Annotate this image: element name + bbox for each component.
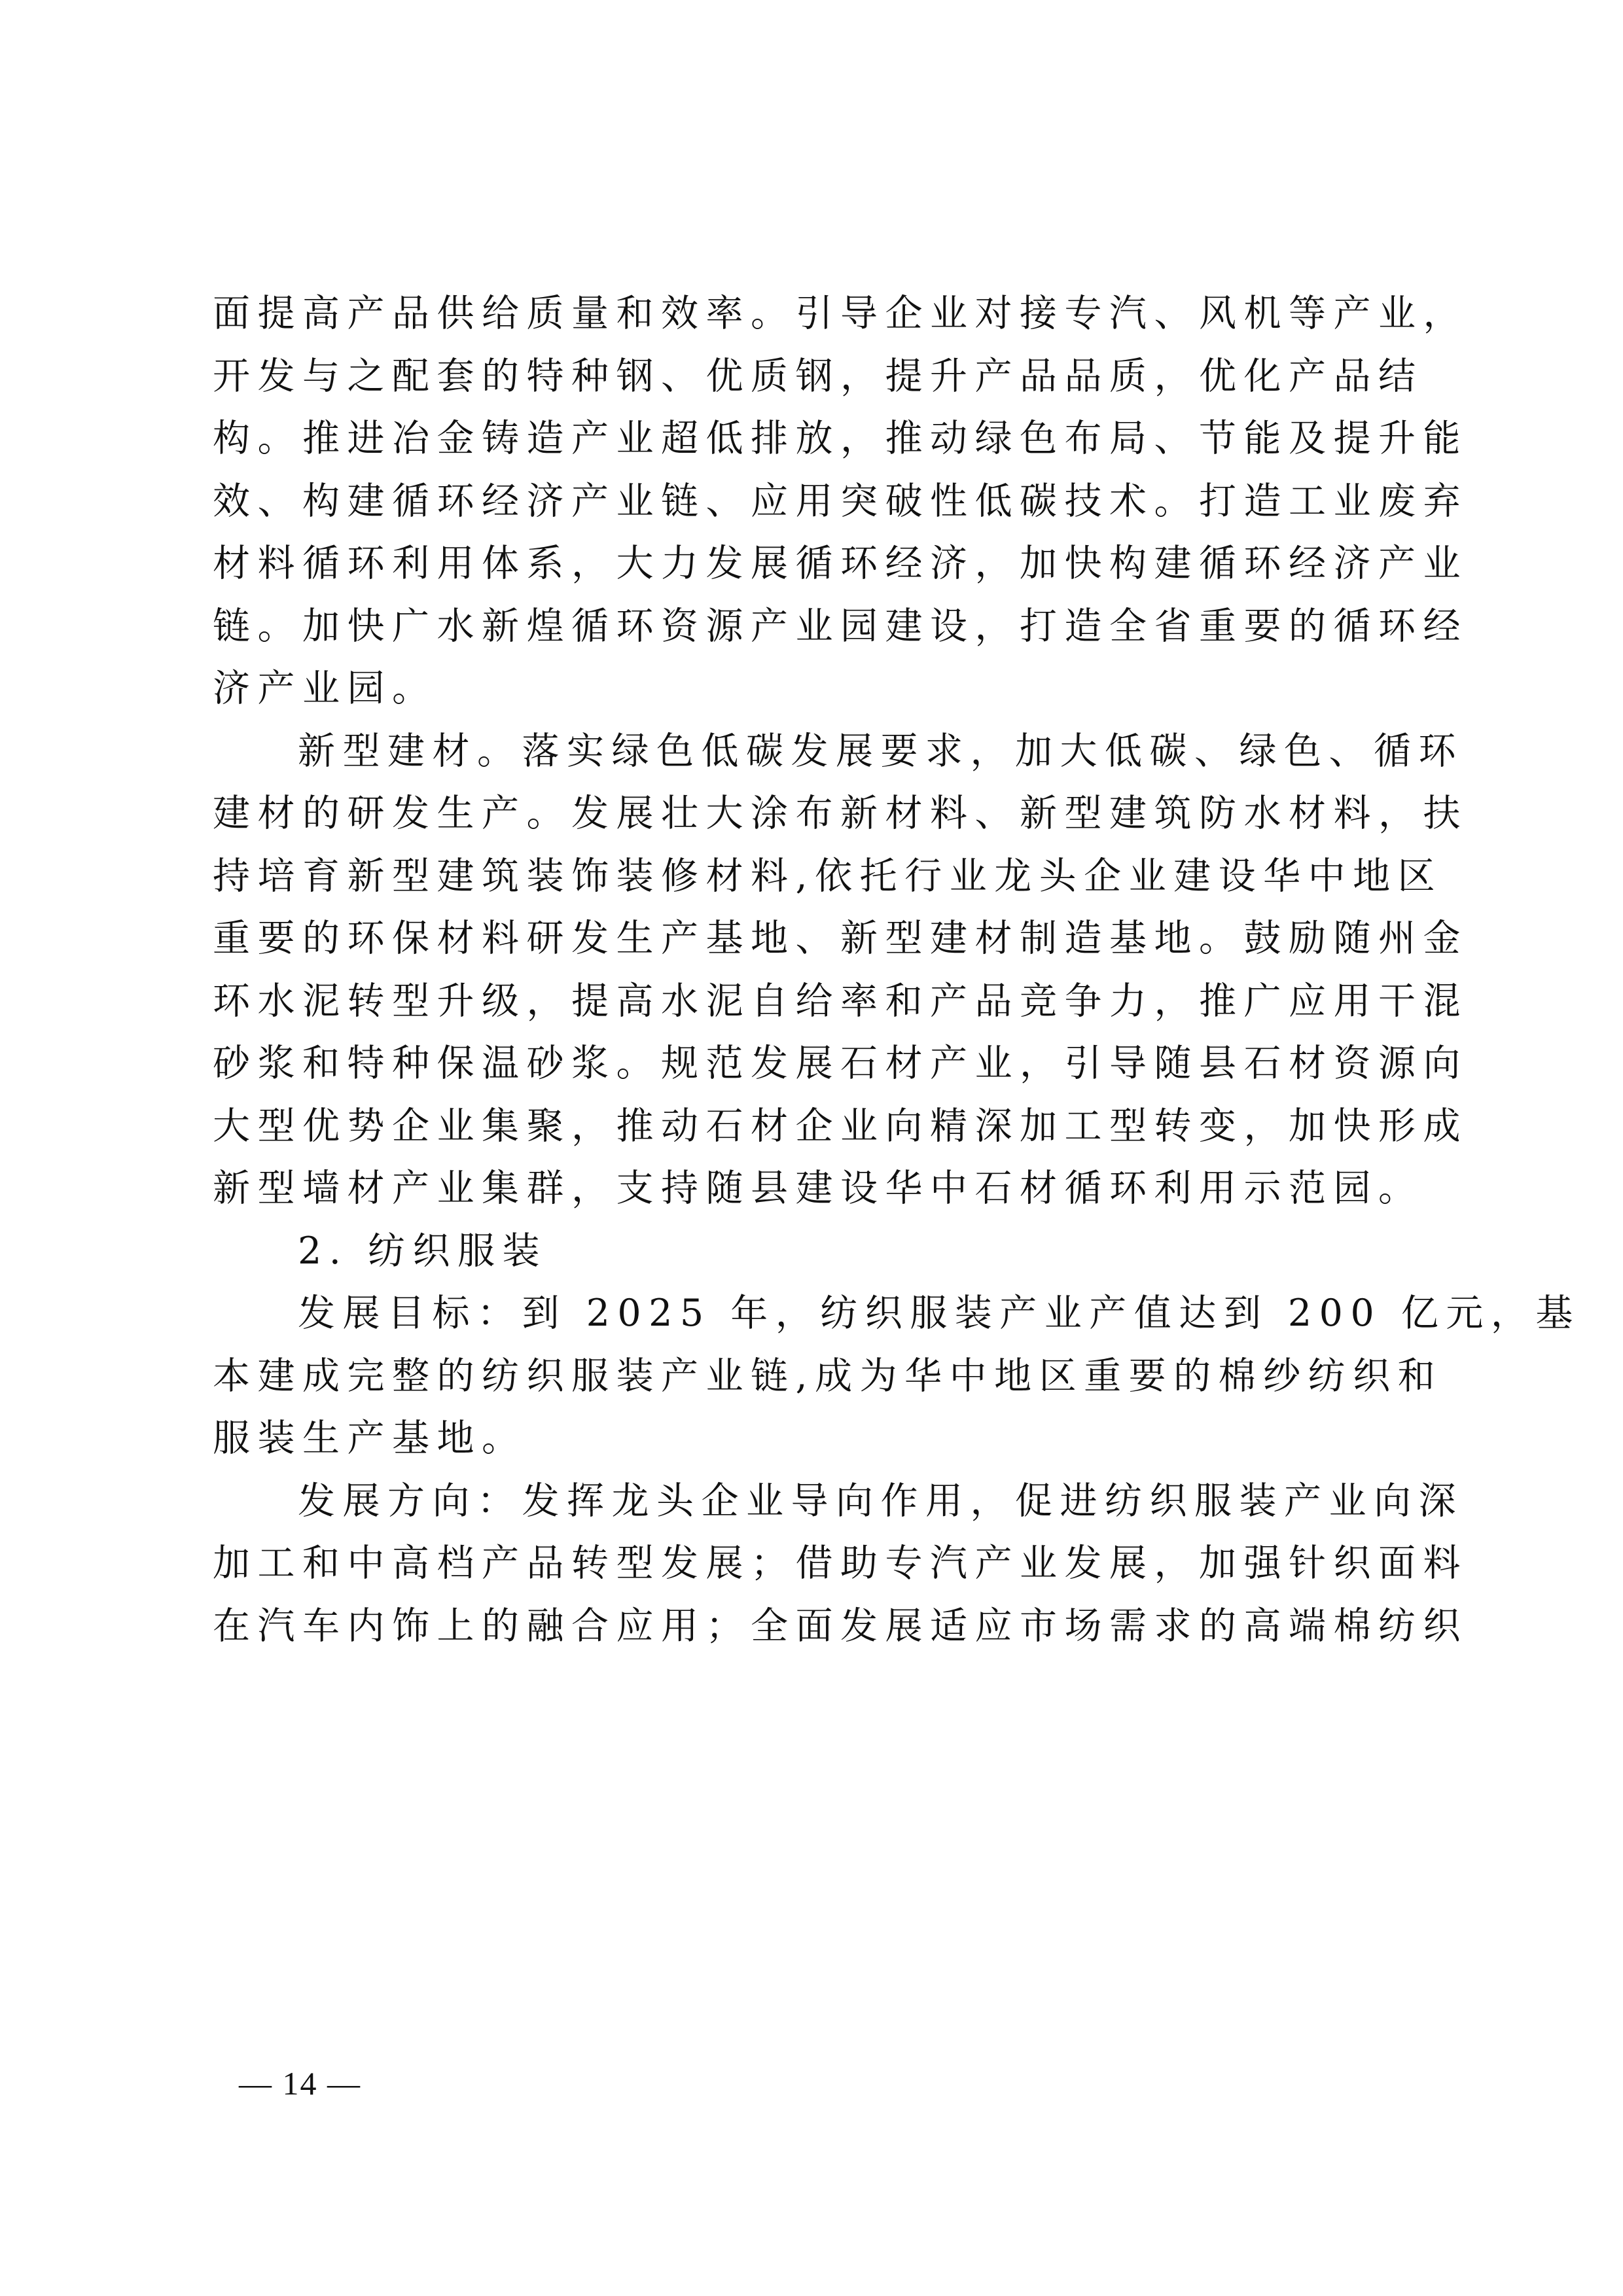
paragraph-line: 开发与之配套的特种钢、优质钢，提升产品品质，优化产品结 <box>213 345 1423 408</box>
paragraph-line: 济产业园。 <box>213 658 1423 720</box>
paragraph-line-development-goal: 发展目标：到 2025 年，纺织服装产业产值达到 200 亿元，基 <box>213 1282 1423 1345</box>
paragraph-line: 建材的研发生产。发展壮大涂布新材料、新型建筑防水材料，扶 <box>213 783 1423 845</box>
paragraph-line: 持培育新型建筑装饰装修材料,依托行业龙头企业建设华中地区 <box>213 845 1423 908</box>
paragraph-line: 重要的环保材料研发生产基地、新型建材制造基地。鼓励随州金 <box>213 908 1423 970</box>
paragraph-line: 本建成完整的纺织服装产业链,成为华中地区重要的棉纱纺织和 <box>213 1345 1423 1408</box>
page-number: — 14 — <box>239 2064 361 2102</box>
paragraph-line: 砂浆和特种保温砂浆。规范发展石材产业，引导随县石材资源向 <box>213 1033 1423 1095</box>
section-heading-textile-apparel: 2. 纺织服装 <box>213 1220 1423 1283</box>
paragraph-line: 新型墙材产业集群，支持随县建设华中石材循环利用示范园。 <box>213 1157 1423 1220</box>
paragraph-line: 环水泥转型升级，提高水泥自给率和产品竞争力，推广应用干混 <box>213 970 1423 1033</box>
paragraph-line: 大型优势企业集聚，推动石材企业向精深加工型转变，加快形成 <box>213 1095 1423 1158</box>
paragraph-line-development-direction: 发展方向：发挥龙头企业导向作用，促进纺织服装产业向深 <box>213 1470 1423 1533</box>
document-body: 面提高产品供给质量和效率。引导企业对接专汽、风机等产业， 开发与之配套的特种钢、… <box>213 283 1423 1657</box>
paragraph-line: 效、构建循环经济产业链、应用突破性低碳技术。打造工业废弃 <box>213 470 1423 533</box>
paragraph-line: 材料循环利用体系，大力发展循环经济，加快构建循环经济产业 <box>213 533 1423 595</box>
paragraph-line: 链。加快广水新煌循环资源产业园建设，打造全省重要的循环经 <box>213 595 1423 658</box>
paragraph-line: 加工和中高档产品转型发展；借助专汽产业发展，加强针织面料 <box>213 1532 1423 1595</box>
paragraph-line: 面提高产品供给质量和效率。引导企业对接专汽、风机等产业， <box>213 283 1423 345</box>
paragraph-line-new-building-materials: 新型建材。落实绿色低碳发展要求，加大低碳、绿色、循环 <box>213 720 1423 783</box>
paragraph-line: 在汽车内饰上的融合应用；全面发展适应市场需求的高端棉纺织 <box>213 1595 1423 1658</box>
paragraph-line: 构。推进冶金铸造产业超低排放，推动绿色布局、节能及提升能 <box>213 408 1423 470</box>
document-page: 面提高产品供给质量和效率。引导企业对接专汽、风机等产业， 开发与之配套的特种钢、… <box>0 0 1623 2296</box>
paragraph-line: 服装生产基地。 <box>213 1407 1423 1470</box>
